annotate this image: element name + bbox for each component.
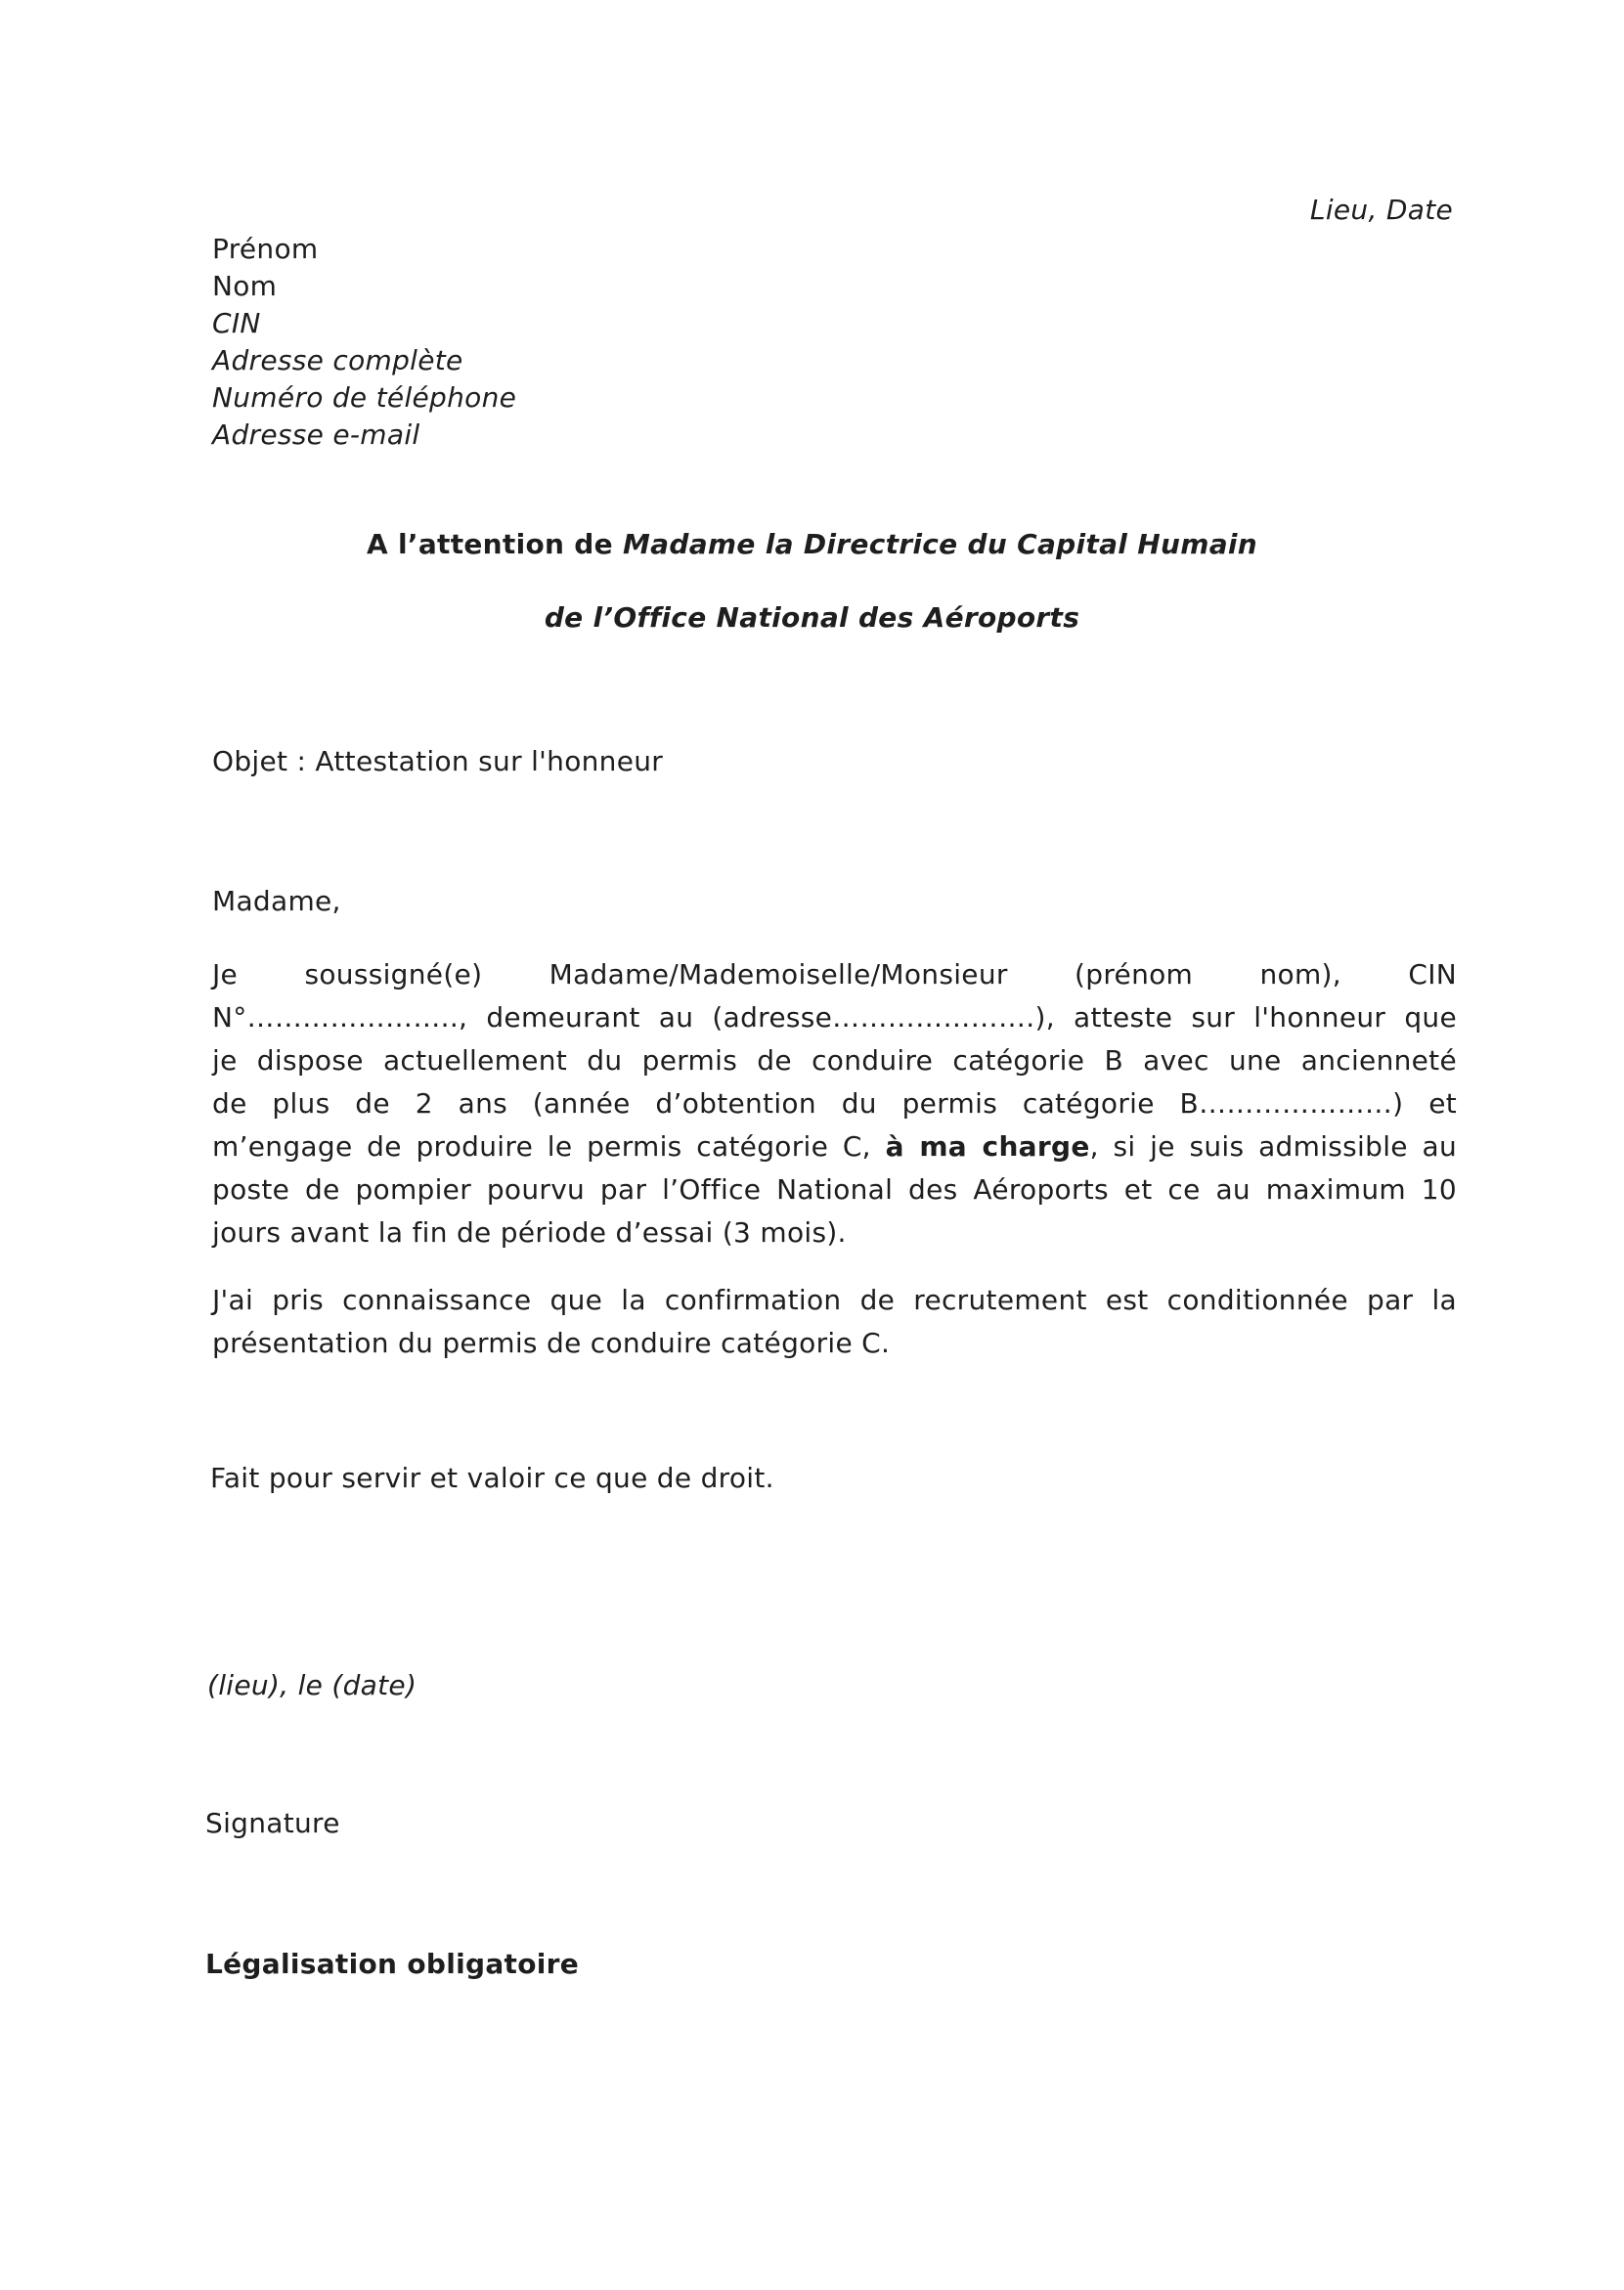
- sender-cin: CIN: [212, 305, 516, 342]
- sender-phone: Numéro de téléphone: [212, 379, 516, 417]
- recipient-prefix: A l’attention de: [367, 528, 623, 560]
- closing-statement: Fait pour servir et valoir ce que de dro…: [210, 1462, 774, 1494]
- paragraph-line: N°………………….., demeurant au (adresse…………………: [212, 996, 1457, 1039]
- sender-email: Adresse e-mail: [212, 417, 516, 454]
- legalisation-notice: Légalisation obligatoire: [205, 1948, 579, 1980]
- paragraph-line: poste de pompier pourvu par l’Office Nat…: [212, 1168, 1457, 1211]
- sender-last-name: Nom: [212, 268, 516, 305]
- sender-address: Adresse complète: [212, 342, 516, 379]
- paragraph-line: je dispose actuellement du permis de con…: [212, 1039, 1457, 1082]
- paragraph-line: J'ai pris connaissance que la confirmati…: [212, 1279, 1457, 1322]
- text-fragment: m’engage de produire le permis catégorie…: [212, 1130, 886, 1163]
- salutation: Madame,: [212, 885, 341, 917]
- sender-first-name: Prénom: [212, 231, 516, 268]
- sender-block: Prénom Nom CIN Adresse complète Numéro d…: [212, 231, 516, 454]
- signature-label: Signature: [205, 1807, 340, 1839]
- emphasis-at-own-expense: à ma charge: [886, 1130, 1090, 1163]
- paragraph-line: Je soussigné(e) Madame/Mademoiselle/Mons…: [212, 953, 1457, 996]
- recipient-title: Madame la Directrice du Capital Humain: [623, 528, 1257, 560]
- paragraph-line: jours avant la fin de période d’essai (3…: [212, 1211, 1457, 1255]
- text-fragment: , si je suis admissible au: [1090, 1130, 1457, 1163]
- recipient-line-2: de l’Office National des Aéroports: [0, 601, 1624, 634]
- recipient-line-1: A l’attention de Madame la Directrice du…: [0, 528, 1624, 560]
- paragraph-line: présentation du permis de conduire catég…: [212, 1322, 1457, 1365]
- paragraph-attestation: Je soussigné(e) Madame/Mademoiselle/Mons…: [212, 953, 1457, 1255]
- place-date-footer: (lieu), le (date): [207, 1669, 417, 1701]
- paragraph-line: m’engage de produire le permis catégorie…: [212, 1125, 1457, 1168]
- paragraph-line: de plus de 2 ans (année d’obtention du p…: [212, 1082, 1457, 1125]
- paragraph-acknowledgement: J'ai pris connaissance que la confirmati…: [212, 1279, 1457, 1365]
- subject-line: Objet : Attestation sur l'honneur: [212, 745, 663, 777]
- place-date-header: Lieu, Date: [1310, 194, 1453, 226]
